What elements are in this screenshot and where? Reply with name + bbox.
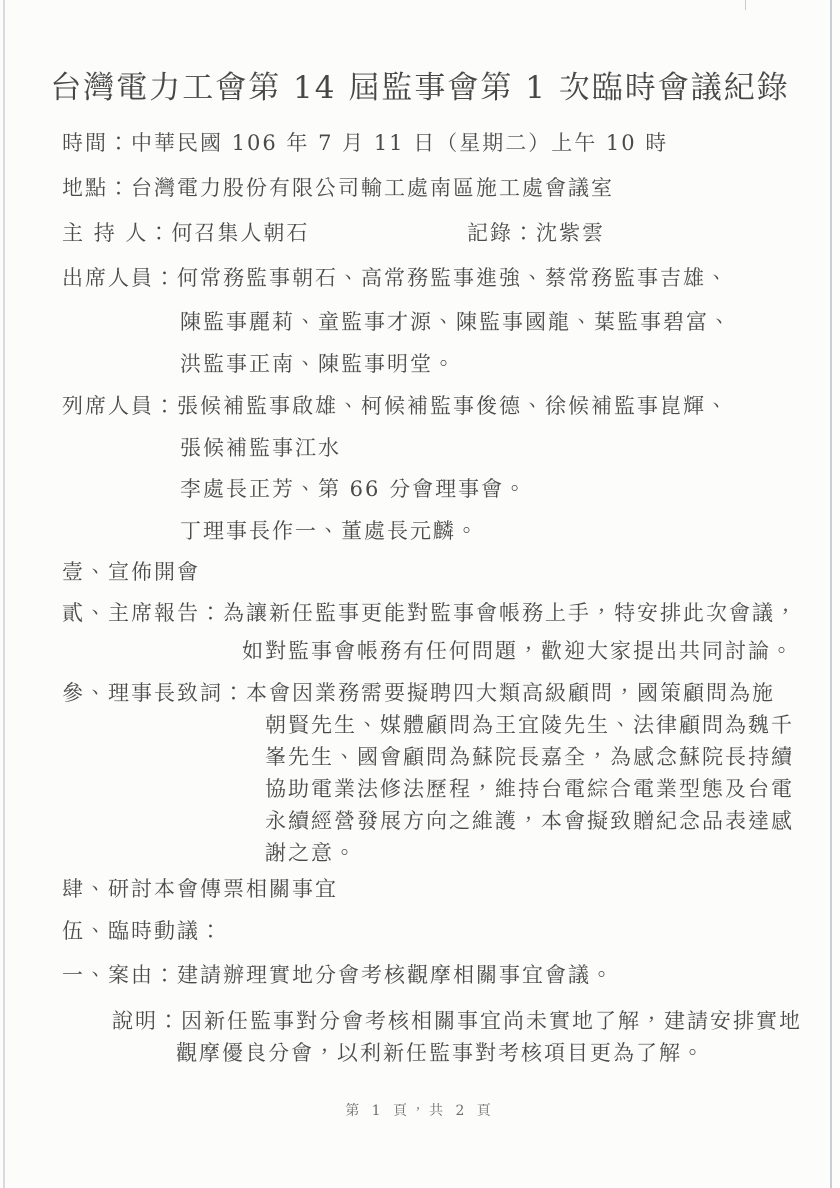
motion-case-line: 一、案由：建請辦理實地分會考核觀摩相關事宜會議。 [62, 960, 840, 990]
attendees-line: 洪監事正南、陳監事明堂。 [180, 349, 840, 379]
observers-line: 列席人員：張候補監事啟雄、柯候補監事俊德、徐候補監事崑輝、 [62, 391, 840, 421]
motion-explanation-line: 觀摩優良分會，以利新任監事對考核項目更為了解。 [176, 1038, 840, 1068]
observers-line: 張候補監事江水 [180, 433, 840, 463]
observers-line: 丁理事長作一、董處長元麟。 [180, 516, 840, 546]
attendees-line: 陳監事麗莉、童監事才源、陳監事國龍、葉監事碧富、 [180, 307, 840, 337]
section-4-voucher-discussion: 肆、研討本會傳票相關事宜 [62, 874, 840, 904]
section-5-extempore-motion: 伍、臨時動議： [62, 916, 840, 946]
document-body: 時間：中華民國 106 年 7 月 11 日（星期二）上午 10 時 地點：台灣… [0, 128, 840, 1068]
attendees-line: 出席人員：何常務監事朝石、高常務監事進強、蔡常務監事吉雄、 [62, 263, 840, 293]
document-title: 台灣電力工會第 14 屆監事會第 1 次臨時會議紀錄 [0, 68, 840, 108]
scan-artifact-tick [745, 0, 746, 10]
host-recorder-line: 主 持 人：何召集人朝石 記錄：沈紫雲 [62, 218, 840, 248]
host-label: 主 持 人：何召集人朝石 [62, 221, 309, 245]
motion-explanation-line: 說明：因新任監事對分會考核相關事宜尚未實地了解，建請安排實地 [112, 1006, 840, 1036]
page-number-footer: 第 1 頁，共 2 頁 [0, 1100, 840, 1120]
section-1-open-meeting: 壹、宣佈開會 [62, 557, 840, 587]
section-3-president-speech-line: 永續經營發展方向之維護，本會擬致贈紀念品表達感 [265, 806, 840, 836]
section-3-president-speech-line: 朝賢先生、媒體顧問為王宜陵先生、法律顧問為魏千 [265, 710, 840, 740]
observers-line: 李處長正芳、第 66 分會理事會。 [180, 474, 840, 504]
meeting-place-line: 地點：台灣電力股份有限公司輸工處南區施工處會議室 [62, 173, 840, 203]
section-2-chair-report-line: 如對監事會帳務有任何問題，歡迎大家提出共同討論。 [242, 636, 840, 666]
section-3-president-speech-line: 謝之意。 [265, 838, 840, 868]
scanned-meeting-minutes-page: 台灣電力工會第 14 屆監事會第 1 次臨時會議紀錄 時間：中華民國 106 年… [0, 0, 840, 1188]
section-3-president-speech-line: 峯先生、國會顧問為蘇院長嘉全，為感念蘇院長持續 [265, 742, 840, 772]
section-2-chair-report-line: 貳、主席報告：為讓新任監事更能對監事會帳務上手，特安排此次會議， [62, 598, 840, 628]
section-3-president-speech-line: 協助電業法修法歷程，維持台電綜合電業型態及台電 [265, 774, 840, 804]
meeting-time-line: 時間：中華民國 106 年 7 月 11 日（星期二）上午 10 時 [62, 128, 840, 158]
recorder-label: 記錄：沈紫雲 [467, 218, 605, 248]
section-3-president-speech-line: 參、理事長致詞：本會因業務需要擬聘四大類高級顧問，國策顧問為施 [62, 678, 840, 708]
